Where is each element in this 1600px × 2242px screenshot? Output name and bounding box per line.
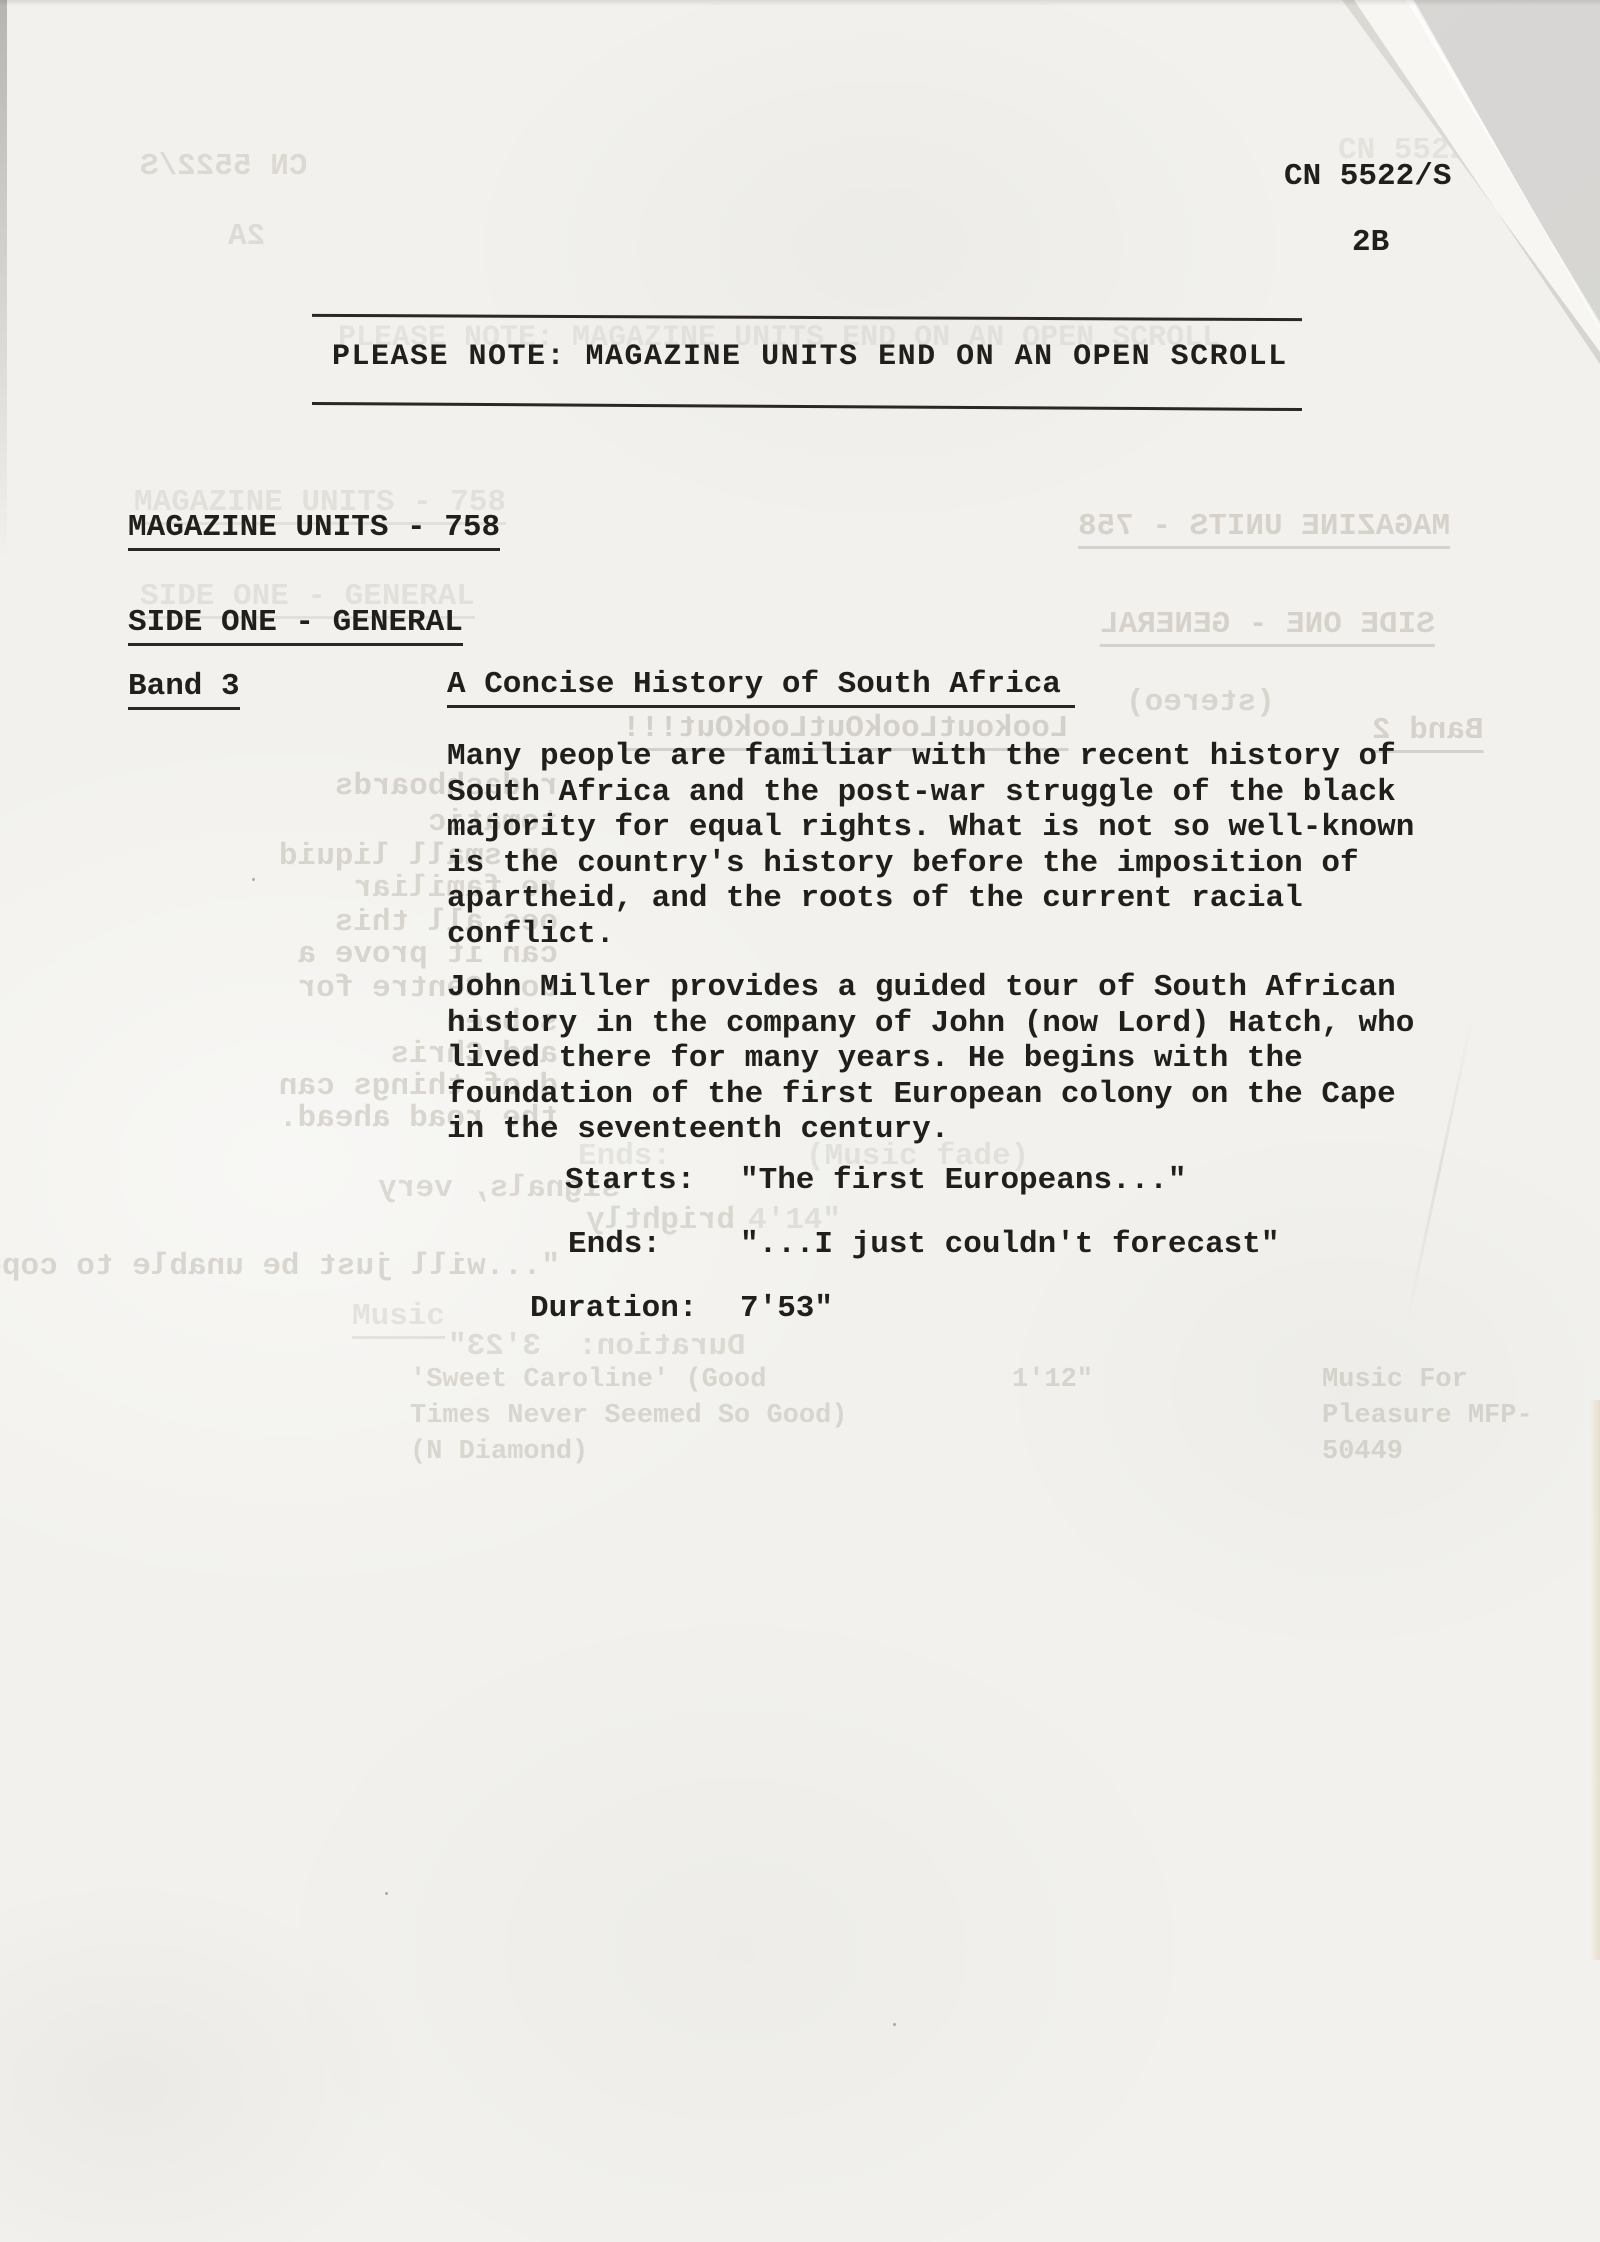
duration-label: Duration:: [530, 1292, 697, 1327]
duration-value: 7'53": [740, 1292, 833, 1327]
scan-speck: [252, 878, 255, 881]
reference-number: CN 5522/S: [1284, 160, 1451, 195]
ghost-text: (N Diamond): [410, 1438, 588, 1468]
body-text: Many people are familiar with the recent…: [447, 739, 1507, 1166]
ghost-text: (stereo): [1126, 686, 1275, 720]
ghost-text: 1'12": [1012, 1366, 1093, 1396]
ghost-text: Duration: 3'23": [448, 1330, 746, 1364]
starts-label: Starts:: [565, 1164, 695, 1199]
series-heading: MAGAZINE UNITS - 758: [128, 511, 500, 551]
ghost-text: 50449: [1322, 1438, 1403, 1468]
ghost-text: Pleasure MFP-: [1322, 1402, 1533, 1432]
notice-rule-top: [312, 314, 1302, 321]
notice-rule-bottom: [312, 402, 1302, 411]
band-label: Band 3: [128, 670, 240, 710]
right-edge-discoloration: [1590, 1400, 1600, 1960]
side-heading: SIDE ONE - GENERAL: [128, 606, 463, 646]
starts-value: "The first Europeans...": [740, 1164, 1186, 1199]
ghost-text: Music For: [1322, 1366, 1468, 1396]
ghost-text: 'Sweet Caroline' (Good: [410, 1366, 766, 1396]
item-title: A Concise History of South Africa: [447, 668, 1075, 708]
ghost-text: CN 5522/S: [140, 150, 307, 184]
page-code: 2B: [1352, 226, 1389, 261]
top-page-edge-shadow: [0, 0, 1600, 6]
ghost-text: "...will just be unable to cope.": [0, 1250, 560, 1284]
notice-text: PLEASE NOTE: MAGAZINE UNITS END ON AN OP…: [332, 341, 1288, 375]
scan-speck: [385, 1892, 388, 1895]
ghost-text: 2A: [228, 220, 265, 254]
ghost-text: SIDE ONE - GENERAL: [1100, 608, 1435, 647]
ghost-text: Music: [352, 1300, 445, 1339]
ghost-text: Times Never Seemed So Good): [410, 1402, 847, 1432]
left-page-edge-shadow: [0, 0, 7, 560]
paragraph-1: Many people are familiar with the recent…: [447, 739, 1507, 952]
ghost-text: MAGAZINE UNITS - 758: [1078, 510, 1450, 549]
scanned-document-page: CN 5522/S2ACN 5522/SPLEASE NOTE: MAGAZIN…: [0, 0, 1600, 2242]
ends-label: Ends:: [568, 1228, 661, 1263]
ends-value: "...I just couldn't forecast": [740, 1228, 1280, 1263]
paragraph-2: John Miller provides a guided tour of So…: [447, 970, 1507, 1148]
scan-speck: [893, 2023, 896, 2026]
